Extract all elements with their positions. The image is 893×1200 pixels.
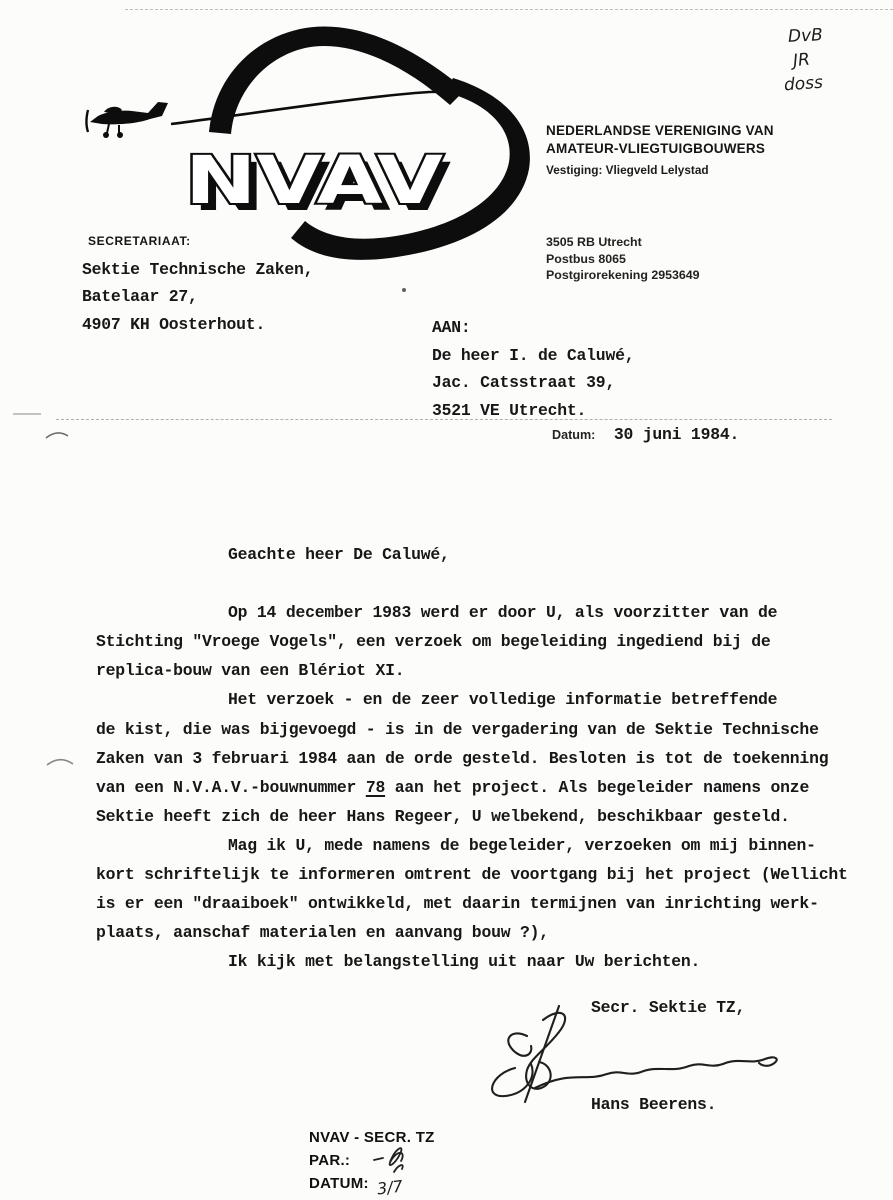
org-address-line: 3505 RB Utrecht	[546, 234, 700, 251]
secretariat-address-line: 4907 KH Oosterhout.	[82, 311, 313, 338]
org-name-line: AMATEUR-VLIEGTUIGBOUWERS	[546, 140, 774, 158]
body-line: plaats, aanschaf materialen en aanvang b…	[96, 918, 871, 947]
date-value: 30 juni 1984.	[614, 425, 739, 444]
org-name-line: NEDERLANDSE VERENIGING VAN	[546, 122, 774, 140]
secretariat-address: Sektie Technische Zaken, Batelaar 27, 49…	[82, 256, 313, 338]
body-line: Op 14 december 1983 werd er door U, als …	[96, 598, 871, 627]
date-line: Datum: 30 juni 1984.	[552, 425, 739, 444]
letter-page: NVAV NVAV DvB JR doss NEDERLANDSE VERENI…	[0, 0, 893, 1200]
recipient-label: AAN:	[432, 314, 634, 342]
body-line: Mag ik U, mede namens de begeleider, ver…	[96, 831, 871, 860]
scan-artifact-dash	[13, 413, 41, 415]
body-text: van een N.V.A.V.-bouwnummer	[96, 778, 366, 797]
secretariat-address-line: Sektie Technische Zaken,	[82, 256, 313, 283]
scan-speck	[402, 288, 406, 292]
handwritten-signature	[481, 1002, 791, 1107]
body-line: Stichting "Vroege Vogels", een verzoek o…	[96, 627, 871, 656]
secretariat-label: SECRETARIAAT:	[88, 234, 191, 248]
recipient-line: De heer I. de Caluwé,	[432, 342, 634, 370]
signature-name: Hans Beerens.	[591, 1095, 716, 1114]
margin-mark	[44, 429, 70, 441]
body-line: kort schriftelijk te informeren omtrent …	[96, 860, 871, 889]
org-address-line: Postgirorekening 2953649	[546, 267, 700, 284]
body-line: de kist, die was bijgevoegd - is in de v…	[96, 715, 871, 744]
org-name-block: NEDERLANDSE VERENIGING VAN AMATEUR-VLIEG…	[546, 122, 774, 177]
body-line: is er een "draaiboek" ontwikkeld, met da…	[96, 889, 871, 918]
airplane-icon	[87, 102, 169, 138]
handwritten-paraph	[372, 1142, 412, 1176]
date-label: Datum:	[552, 428, 595, 442]
body-line: Sektie heeft zich de heer Hans Regeer, U…	[96, 802, 871, 831]
blank-line	[96, 569, 871, 598]
letter-body: Geachte heer De Caluwé, Op 14 december 1…	[96, 540, 871, 976]
recipient-line: Jac. Catsstraat 39,	[432, 369, 634, 397]
body-text: aan het project. Als begeleider namens o…	[385, 778, 809, 797]
body-line: Het verzoek - en de zeer volledige infor…	[96, 685, 871, 714]
org-address-line: Postbus 8065	[546, 251, 700, 268]
handwritten-note-line: doss	[783, 71, 823, 98]
body-line: Zaken van 3 februari 1984 aan de orde ge…	[96, 744, 871, 773]
nvav-logo: NVAV NVAV	[85, 10, 545, 260]
body-line-bouwnummer: van een N.V.A.V.-bouwnummer 78 aan het p…	[96, 773, 871, 802]
recipient-block: AAN: De heer I. de Caluwé, Jac. Catsstra…	[432, 314, 634, 424]
bouwnummer-value: 78	[366, 778, 385, 797]
org-location: Vestiging: Vliegveld Lelystad	[546, 163, 774, 177]
secretariat-address-line: Batelaar 27,	[82, 283, 313, 310]
boomerang-swoosh-shape	[209, 26, 465, 134]
body-line: replica-bouw van een Blériot XI.	[96, 656, 871, 685]
handwritten-note: DvB JR doss	[788, 24, 823, 96]
logo-wordmark: NVAV	[185, 142, 443, 219]
recipient-line: 3521 VE Utrecht.	[432, 397, 634, 425]
org-address-block: 3505 RB Utrecht Postbus 8065 Postgirorek…	[546, 234, 700, 284]
margin-mark	[45, 755, 75, 769]
body-line: Ik kijk met belangstelling uit naar Uw b…	[96, 947, 871, 976]
salutation: Geachte heer De Caluwé,	[96, 540, 871, 569]
handwritten-note-line: JR	[787, 46, 824, 74]
handwritten-stamp-date: 3/7	[376, 1177, 404, 1199]
handwritten-note-line: DvB	[787, 23, 823, 49]
